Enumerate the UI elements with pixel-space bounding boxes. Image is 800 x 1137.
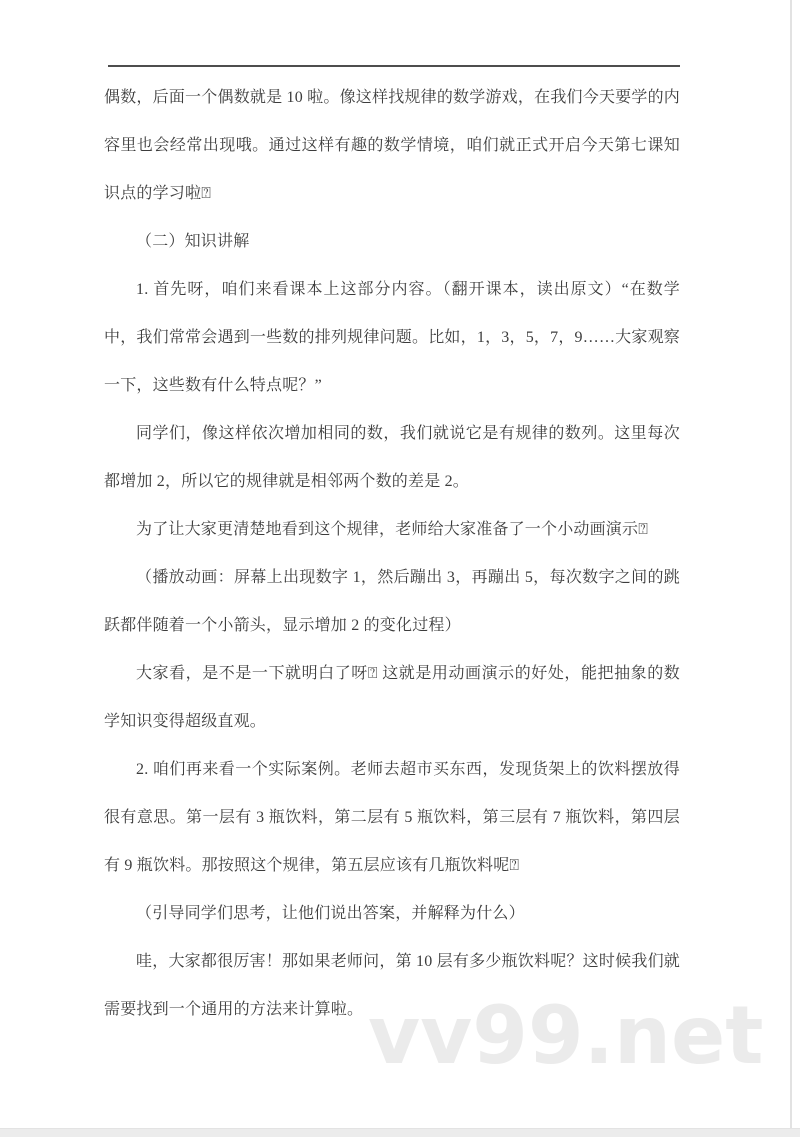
paragraph-textbook-reading: 1. 首先呀，咱们来看课本上这部分内容。（翻开课本，读出原文）“在数学中，我们常… [104,266,680,410]
paragraph-sequence-rule: 同学们，像这样依次增加相同的数，我们就说它是有规律的数列。这里每次都增加 2，所… [104,410,680,506]
section-heading-knowledge-explanation: （二）知识讲解 [104,218,680,266]
document-body: 偶数，后面一个偶数就是 10 啦。像这样找规律的数学游戏，在我们今天要学的内容里… [104,74,680,1034]
paragraph-extension-question: 哇，大家都很厉害！那如果老师问，第 10 层有多少瓶饮料呢？这时候我们就需要找到… [104,938,680,1034]
paragraph-animation-intro: 为了让大家更清楚地看到这个规律，老师给大家准备了一个小动画演示⍰ [104,506,680,554]
viewer-bottom-strip [0,1128,800,1137]
paragraph-continuation: 偶数，后面一个偶数就是 10 啦。像这样找规律的数学游戏，在我们今天要学的内容里… [104,74,680,218]
page-top-rule [108,65,680,67]
page-right-edge [790,0,792,1128]
paragraph-guide-stage-direction: （引导同学们思考，让他们说出答案，并解释为什么） [104,890,680,938]
paragraph-supermarket-example: 2. 咱们再来看一个实际案例。老师去超市买东西，发现货架上的饮料摆放得很有意思。… [104,746,680,890]
paragraph-animation-benefit: 大家看，是不是一下就明白了呀⍰ 这就是用动画演示的好处，能把抽象的数学知识变得超… [104,650,680,746]
paragraph-animation-stage-direction: （播放动画：屏幕上出现数字 1，然后蹦出 3，再蹦出 5，每次数字之间的跳跃都伴… [104,554,680,650]
document-page: vv99.net 偶数，后面一个偶数就是 10 啦。像这样找规律的数学游戏，在我… [0,0,800,1137]
